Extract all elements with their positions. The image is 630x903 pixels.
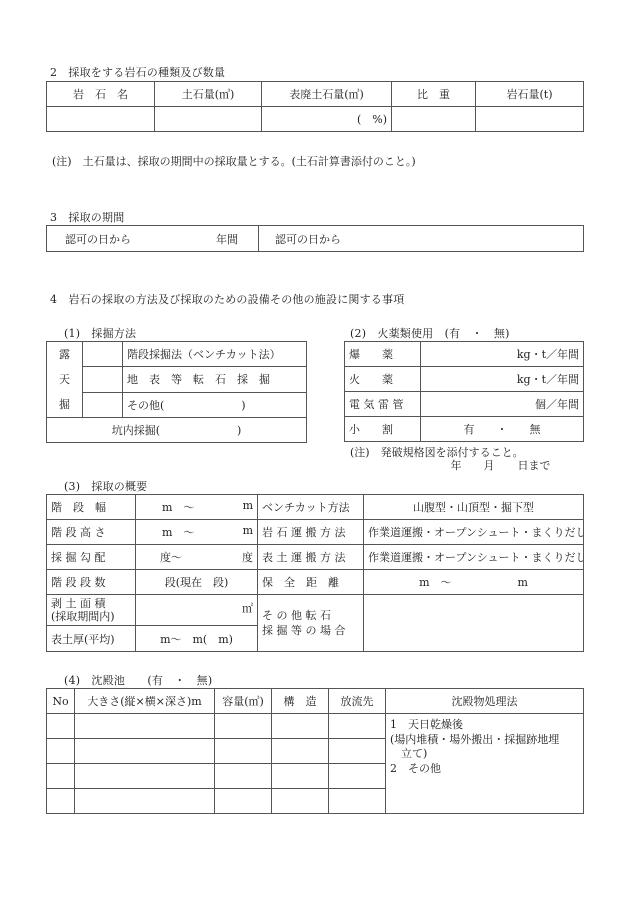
explosive-value-blasting[interactable]: kg・t／年間 [421,342,584,367]
overview-title: (3) 採取の概要 [64,478,147,494]
stripped-area-label: 剥 土 面 積 (採取期間内) [47,595,136,626]
header-specific-gravity: 比 重 [392,82,476,107]
slope-value[interactable]: 度〜度 [136,545,258,570]
bench-width-min: m 〜 [162,501,194,514]
buffer-distance-label: 保 全 距 離 [258,570,364,595]
period-date-cell[interactable]: 認可の日から 年 月 日まで [259,226,584,252]
period-table: 認可の日から 年間 認可の日から 年 月 日まで [46,225,584,252]
table-row: 1 天日乾燥後 (場内堆積・場外搬出・採掘跡地埋 立て) 2 その他 [47,714,584,739]
section2-note: (注) 土石量は、採取の期間中の採取量とする。(土石計算書添付のこと。) [52,153,416,169]
header-capacity: 容量(㎥) [215,689,272,714]
header-waste-volume: 表廃土石量(㎥) [262,82,392,107]
open-pit-char-2: 天 [47,367,82,392]
topsoil-transport-value[interactable]: 作業道運搬・オープンシュート・まくりだし [364,545,584,570]
header-sediment-disposal: 沈殿物処理法 [386,689,584,714]
topsoil-thickness-value[interactable]: m〜 m( m) [136,626,258,652]
header-soil-volume: 土石量(㎥) [155,82,262,107]
bench-height-max: m [243,524,253,537]
no-field[interactable] [47,739,75,764]
disposal-option-1: 1 天日乾燥後 [390,718,579,733]
bench-width-max: m [243,499,253,512]
structure-field[interactable] [272,789,329,814]
period-right-label: 認可の日から [275,233,341,246]
capacity-field[interactable] [215,789,272,814]
explosive-label-detonator: 電 気 雷 管 [345,392,421,417]
period-left-label: 認可の日から [65,233,131,246]
stripped-area-label-line2: (採取期間内) [51,610,131,623]
soil-volume-field[interactable] [155,107,262,132]
section4-heading: 4 岩石の採取の方法及び採取のための設備その他の施設に関する事項 [50,291,404,307]
size-field[interactable] [75,714,215,739]
rock-quantity-table: 岩 石 名 土石量(㎥) 表廃土石量(㎥) 比 重 岩石量(t) ( %) [46,81,584,132]
waste-volume-field[interactable]: ( %) [262,107,392,132]
no-field[interactable] [47,714,75,739]
structure-field[interactable] [272,714,329,739]
structure-field[interactable] [272,764,329,789]
bench-height-min: m 〜 [162,526,194,539]
bench-width-label: 階 段 幅 [47,495,136,520]
bench-height-value[interactable]: m 〜m [136,520,258,545]
topsoil-thickness-label: 表土厚(平均) [47,626,136,652]
explosives-title: (2) 火薬類使用 (有 ・ 無) [350,325,510,341]
header-rock-name: 岩 石 名 [47,82,155,107]
disposal-option-2: 2 その他 [390,762,579,777]
capacity-field[interactable] [215,739,272,764]
rock-transport-value[interactable]: 作業道運搬・オープンシュート・まくりだし [364,520,584,545]
other-stone-label-line2: 採 掘 等 の 場 合 [262,623,359,638]
rock-weight-field[interactable] [476,107,584,132]
explosive-value-powder[interactable]: kg・t／年間 [421,367,584,392]
bench-height-label: 階 段 高 さ [47,520,136,545]
stripped-area-label-line1: 剥 土 面 積 [51,597,131,610]
size-field[interactable] [75,739,215,764]
size-field[interactable] [75,764,215,789]
section2-heading: 2 採取をする岩石の種類及び数量 [50,64,225,80]
structure-field[interactable] [272,739,329,764]
capacity-field[interactable] [215,714,272,739]
buffer-distance-value[interactable]: m 〜 m [364,570,584,595]
other-stone-value[interactable] [364,595,584,652]
period-years-cell[interactable]: 認可の日から 年間 [47,226,259,252]
header-no: No [47,689,75,714]
settling-pond-table: No 大きさ(縦×横×深さ)m 容量(㎥) 構 造 放流先 沈殿物処理法 1 天… [46,688,584,814]
header-outflow: 放流先 [329,689,386,714]
explosive-label-small-break: 小 割 [345,417,421,442]
other-stone-label-line1: そ の 他 転 石 [262,608,359,623]
outflow-field[interactable] [329,764,386,789]
explosive-value-detonator[interactable]: 個／年間 [421,392,584,417]
open-pit-char-3: 掘 [47,392,82,417]
bench-cut-method-label: ベンチカット方法 [258,495,364,520]
period-left-unit: 年間 [216,231,238,247]
explosives-note: (注) 発破規格図を添付すること。 [350,444,524,460]
specific-gravity-field[interactable] [392,107,476,132]
sediment-disposal-cell[interactable]: 1 天日乾燥後 (場内堆積・場外搬出・採掘跡地埋 立て) 2 その他 [386,714,584,814]
slope-label: 採 掘 勾 配 [47,545,136,570]
explosives-table: 爆 薬 kg・t／年間 火 薬 kg・t／年間 電 気 雷 管 個／年間 小 割… [344,341,584,442]
mining-method-table: 露 天 掘 階段採掘法（ベンチカット法） 地 表 等 転 石 採 掘 その他( … [46,341,307,443]
bench-count-value[interactable]: 段(現在 段) [136,570,258,595]
slope-min: 度〜 [160,551,182,564]
rock-transport-label: 岩 石 運 搬 方 法 [258,520,364,545]
open-pit-label: 露 天 掘 [47,342,83,418]
capacity-field[interactable] [215,764,272,789]
method-surface-stone: 地 表 等 転 石 採 掘 [123,367,307,392]
mining-method-title: (1) 採掘方法 [64,325,136,341]
disposal-option-1-detail: (場内堆積・場外搬出・採掘跡地埋 [390,733,579,748]
slope-max: 度 [242,549,253,565]
open-pit-char-1: 露 [47,342,82,367]
method-other[interactable]: その他( ) [123,392,307,417]
no-field[interactable] [47,789,75,814]
explosive-label-blasting: 爆 薬 [345,342,421,367]
header-size: 大きさ(縦×横×深さ)m [75,689,215,714]
disposal-option-1-detail-cont: 立て) [390,747,579,762]
rock-name-field[interactable] [47,107,155,132]
other-method-checkbox[interactable] [83,392,123,417]
outflow-field[interactable] [329,739,386,764]
outflow-field[interactable] [329,714,386,739]
explosive-value-small-break[interactable]: 有 ・ 無 [421,417,584,442]
underground-mining[interactable]: 坑内採掘( ) [47,418,307,443]
section3-heading: 3 採取の期間 [50,209,124,225]
other-stone-label: そ の 他 転 石 採 掘 等 の 場 合 [258,595,364,652]
topsoil-transport-label: 表 土 運 搬 方 法 [258,545,364,570]
size-field[interactable] [75,789,215,814]
bench-cut-method-value[interactable]: 山腹型・山頂型・掘下型 [364,495,584,520]
method-bench-cut: 階段採掘法（ベンチカット法） [123,342,307,367]
overview-table: 階 段 幅 m 〜m ベンチカット方法 山腹型・山頂型・掘下型 階 段 高 さ … [46,494,584,652]
explosive-label-powder: 火 薬 [345,367,421,392]
header-rock-weight: 岩石量(t) [476,82,584,107]
bench-width-value[interactable]: m 〜m [136,495,258,520]
settling-pond-title: (4) 沈殿池 (有 ・ 無) [64,672,212,688]
header-structure: 構 造 [272,689,329,714]
no-field[interactable] [47,764,75,789]
bench-cut-checkbox[interactable] [83,342,123,367]
outflow-field[interactable] [329,789,386,814]
stripped-area-value[interactable]: ㎡ [136,595,258,626]
surface-stone-checkbox[interactable] [83,367,123,392]
bench-count-label: 階 段 段 数 [47,570,136,595]
